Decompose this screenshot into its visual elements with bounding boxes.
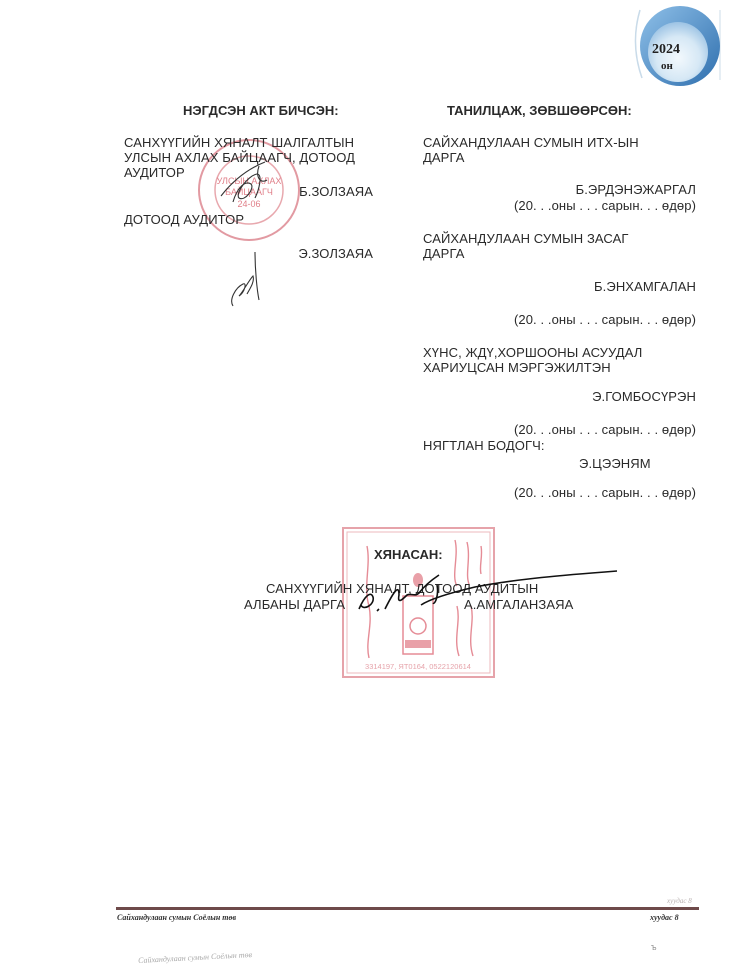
- footer-organization: Сайхандулаан сумын Соёлын төв: [117, 913, 236, 922]
- title-line: САЙХАНДУЛААН СУМЫН ИТХ-ЫН: [423, 135, 639, 150]
- right-heading: ТАНИЛЦАЖ, ЗӨВШӨӨРСӨН:: [447, 103, 632, 118]
- title-line: ХҮНС, ЖДҮ,ХОРШООНЫ АСУУДАЛ: [423, 345, 642, 360]
- approval-title-line-1: САНХҮҮГИЙН ХЯНАЛТ, ДОТООД АУДИТЫН: [266, 581, 538, 596]
- title-line: ДАРГА: [423, 246, 629, 261]
- left-signer-2-name: Э.ЗОЛЗАЯА: [290, 246, 373, 261]
- left-heading: НЭГДСЭН АКТ БИЧСЭН:: [183, 103, 339, 118]
- right-signer-2-title: САЙХАНДУЛААН СУМЫН ЗАСАГ ДАРГА: [423, 231, 629, 261]
- approval-title-line-2: АЛБАНЫ ДАРГА: [244, 597, 345, 612]
- footer-page-number: хуудас 8: [650, 913, 679, 922]
- right-signer-4-name: Э.ЦЭЭНЯМ: [579, 456, 651, 471]
- title-line: ХАРИУЦСАН МЭРГЭЖИЛТЭН: [423, 360, 642, 375]
- badge-suffix: он: [661, 60, 673, 72]
- right-signer-2-name: Б.ЭНХАМГАЛАН: [480, 279, 696, 294]
- right-signer-1-name: Б.ЭРДЭНЭЖАРГАЛ: [480, 182, 696, 197]
- svg-text:БАЙЦААГЧ: БАЙЦААГЧ: [225, 186, 273, 197]
- svg-text:24-06: 24-06: [237, 199, 260, 209]
- right-signer-1-title: САЙХАНДУЛААН СУМЫН ИТХ-ЫН ДАРГА: [423, 135, 639, 165]
- title-line: САНХҮҮГИЙН ХЯНАЛТ ШАЛГАЛТЫН: [124, 135, 355, 150]
- right-signer-3-name: Э.ГОМБОСҮРЭН: [480, 389, 696, 404]
- approval-heading: ХЯНАСАН:: [374, 547, 443, 562]
- left-signer-2-title: ДОТООД АУДИТОР: [124, 212, 244, 227]
- left-signer-1-title: САНХҮҮГИЙН ХЯНАЛТ ШАЛГАЛТЫН УЛСЫН АХЛАХ …: [124, 135, 355, 180]
- right-signer-3-date: (20. . .оны . . . сарын. . . өдөр): [440, 422, 696, 437]
- right-signer-1-date: (20. . .оны . . . сарын. . . өдөр): [440, 198, 696, 213]
- left-signer-1-name: Б.ЗОЛЗАЯА: [290, 184, 373, 199]
- signature-e-zolzaya: [225, 250, 270, 312]
- right-signer-4-date: (20. . .оны . . . сарын. . . өдөр): [440, 485, 696, 500]
- svg-text:3314197, ЯТ0164, 0522120614: 3314197, ЯТ0164, 0522120614: [365, 662, 471, 671]
- title-line: УЛСЫН АХЛАХ БАЙЦААГЧ, ДОТООД: [124, 150, 355, 165]
- right-signer-3-title: ХҮНС, ЖДҮ,ХОРШООНЫ АСУУДАЛ ХАРИУЦСАН МЭР…: [423, 345, 642, 375]
- badge-year: 2024: [652, 42, 680, 58]
- footer-ghost-mark: Ъ: [651, 945, 657, 952]
- title-line: АУДИТОР: [124, 165, 355, 180]
- approval-name: А.АМГАЛАНЗАЯА: [464, 597, 573, 612]
- right-signer-2-date: (20. . .оны . . . сарын. . . өдөр): [440, 312, 696, 327]
- footer-divider: [116, 907, 699, 910]
- footer-ghost-organization: Сайхандулаан сумын Соёлын төв: [138, 950, 252, 965]
- right-signer-4-title: НЯГТЛАН БОДОГЧ:: [423, 438, 545, 453]
- footer-ghost-page-number: хуудас 8: [667, 897, 692, 905]
- title-line: ДАРГА: [423, 150, 639, 165]
- title-line: САЙХАНДУЛААН СУМЫН ЗАСАГ: [423, 231, 629, 246]
